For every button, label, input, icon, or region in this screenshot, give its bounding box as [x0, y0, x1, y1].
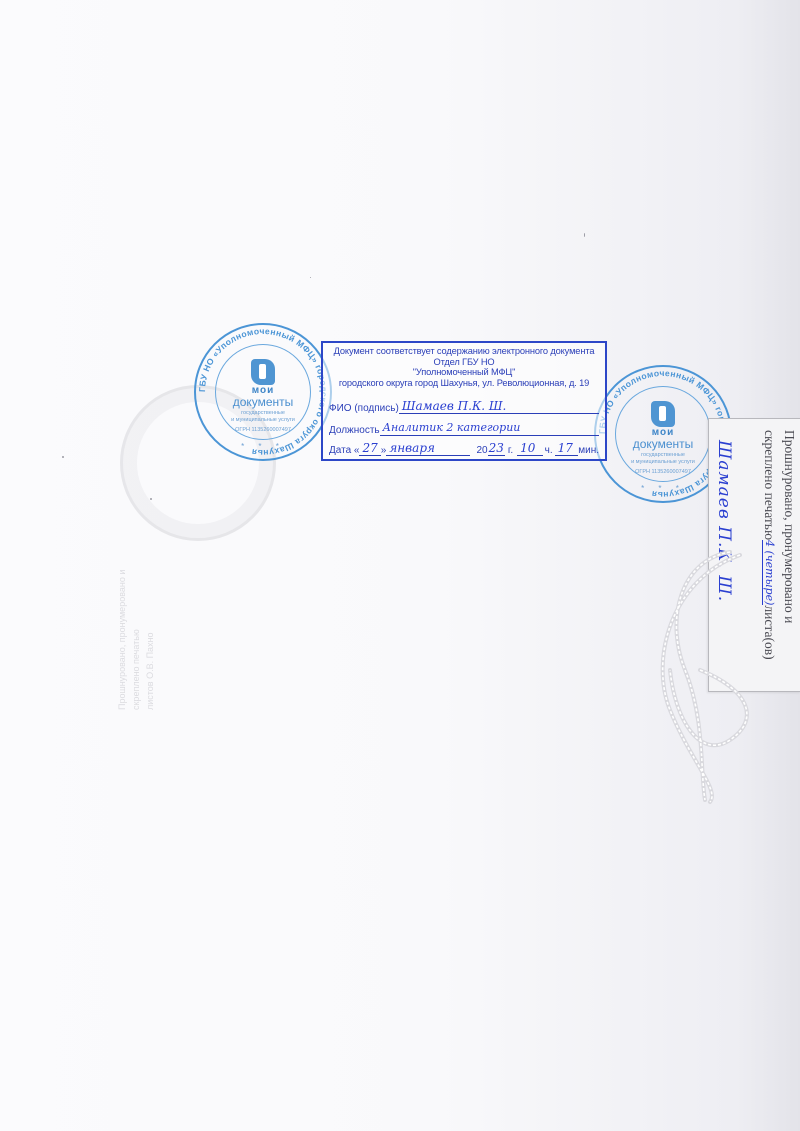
- certification-stamp: Документ соответствует содержанию электр…: [321, 341, 607, 461]
- binding-thread: [640, 540, 770, 810]
- moi-dokumenty-logo-icon: [251, 359, 275, 385]
- fio-label: ФИО (подпись): [329, 403, 399, 414]
- stamp-header-line: городского округа город Шахунья, ул. Рев…: [323, 378, 605, 389]
- seal-sub-line1: государственные: [196, 410, 330, 417]
- minute-label: мин.: [578, 445, 599, 456]
- year-suffix: 23: [488, 441, 505, 456]
- stamp-header-line: Отдел ГБУ НО: [323, 357, 605, 368]
- stamp-date-row: Дата « 27 » января 20 23 г. 10 ч. 17 мин…: [329, 440, 599, 456]
- seal-stars: * * *: [196, 442, 330, 451]
- date-month: января: [386, 441, 470, 456]
- stamp-header-line: Документ соответствует содержанию электр…: [323, 346, 605, 357]
- stamp-position-row: Должность Аналитик 2 категории: [329, 420, 599, 436]
- date-label: Дата «: [329, 445, 359, 456]
- seal-sub-line2: и муниципальные услуги: [196, 417, 330, 424]
- year-prefix: 20: [476, 445, 487, 456]
- binding-label-line1: Прошнуровано, пронумеровано и: [779, 430, 799, 690]
- stamp-header-line: "Уполномоченный МФЦ": [323, 367, 605, 378]
- fio-signature: Шамаев П.К. Ш.: [399, 399, 599, 414]
- document-page: Прошнуровано, пронумеровано и скреплено …: [0, 0, 800, 1131]
- stamp-header: Документ соответствует содержанию электр…: [323, 346, 605, 388]
- date-day: 27: [359, 441, 380, 456]
- mfc-round-seal-left: ГБУ НО «Уполномоченный МФЦ» городского о…: [194, 323, 332, 461]
- position-value: Аналитик 2 категории: [380, 421, 599, 436]
- speck: [150, 498, 152, 500]
- seal-ogrn: ОГРН 1135260007497: [196, 427, 330, 433]
- hour-value: 10: [517, 441, 543, 456]
- hour-label: ч.: [545, 445, 553, 456]
- binding-label-prefix: скреплено печатью: [762, 430, 777, 540]
- speck: [62, 456, 64, 458]
- seal-brand-line2: документы: [196, 395, 330, 409]
- stamp-fio-row: ФИО (подпись) Шамаев П.К. Ш.: [329, 398, 599, 414]
- speck: [310, 277, 311, 278]
- moi-dokumenty-logo-icon: [651, 401, 675, 427]
- year-label: г.: [508, 445, 513, 456]
- minute-value: 17: [555, 441, 579, 456]
- speck: [584, 233, 585, 237]
- position-label: Должность: [329, 425, 380, 436]
- bleed-through-text: Прошнуровано, пронумеровано и скреплено …: [115, 540, 265, 710]
